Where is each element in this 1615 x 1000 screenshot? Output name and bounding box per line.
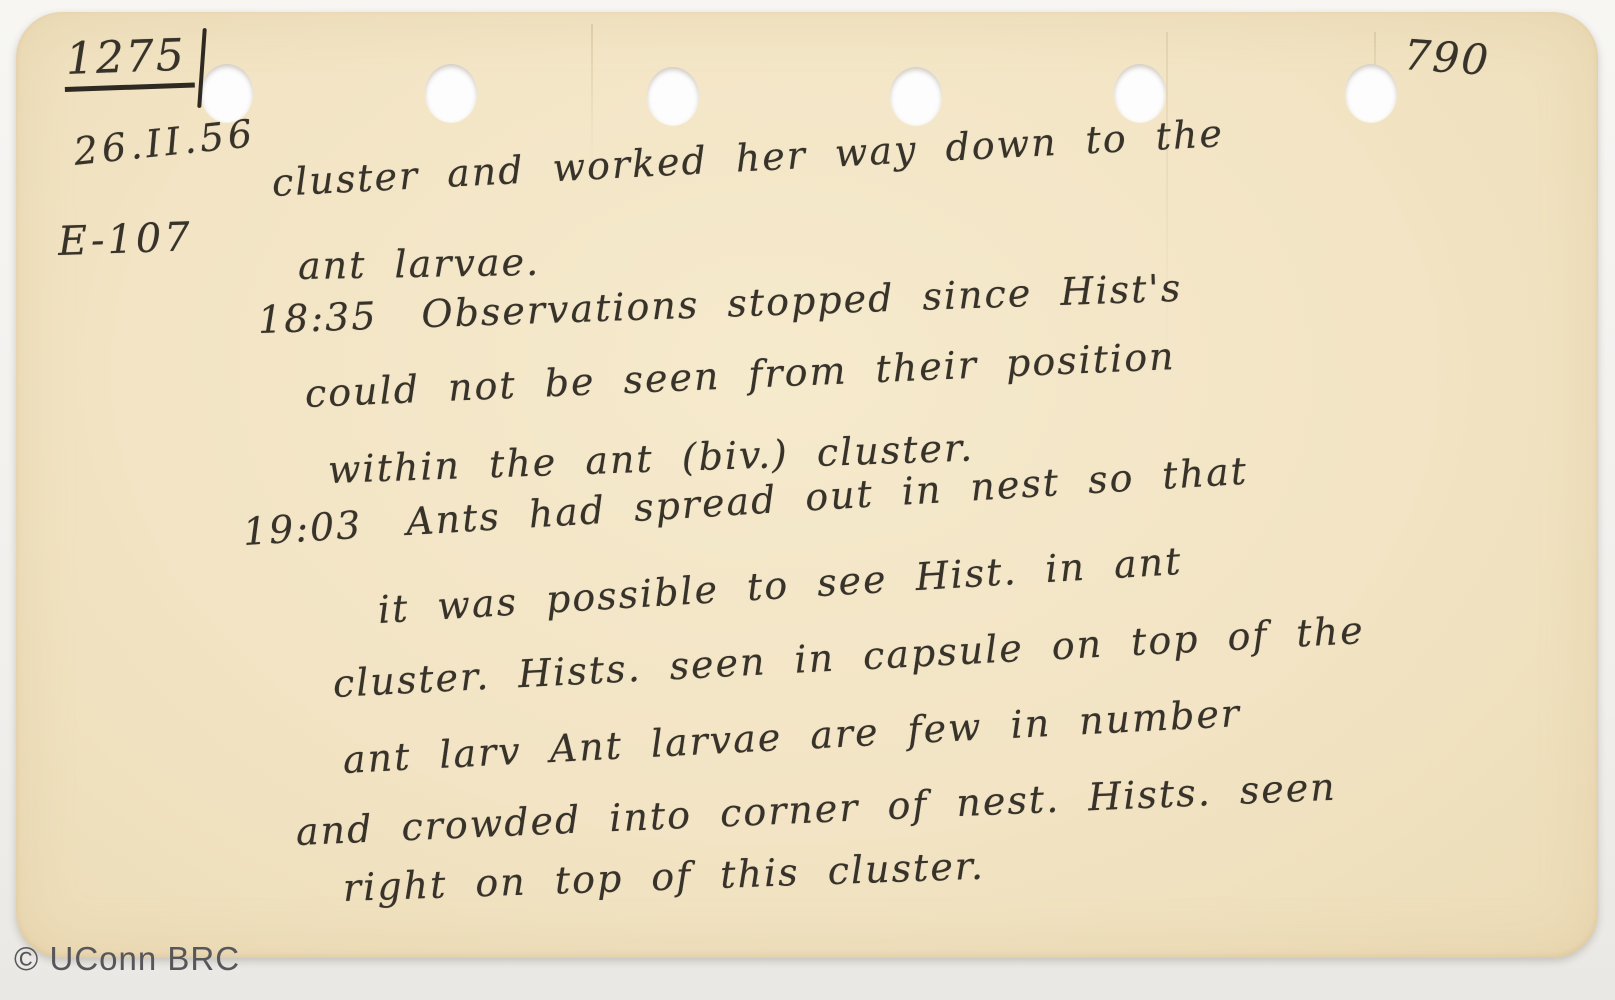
note-text: ant larvae. bbox=[298, 240, 541, 288]
note-line: ant larvae. bbox=[298, 242, 541, 288]
scanned-note-card-page: 1275 790 26.II.56 E-107 cluster and work… bbox=[0, 0, 1615, 1000]
copyright-watermark: © UConn BRC bbox=[14, 940, 240, 978]
time-label: 19:03 bbox=[242, 505, 364, 554]
punch-hole bbox=[890, 67, 942, 125]
punch-hole bbox=[1345, 64, 1397, 122]
experiment-code: E-107 bbox=[57, 215, 193, 264]
punch-hole bbox=[425, 64, 477, 122]
card-number: 1275 bbox=[63, 31, 195, 92]
card-number-value: 1275 bbox=[63, 31, 195, 92]
time-label: 18:35 bbox=[257, 296, 378, 342]
punch-hole bbox=[647, 67, 699, 125]
paper-crease bbox=[591, 24, 593, 164]
punch-hole bbox=[1114, 64, 1166, 122]
paper-crease bbox=[1166, 32, 1168, 362]
page-number: 790 bbox=[1402, 32, 1491, 84]
